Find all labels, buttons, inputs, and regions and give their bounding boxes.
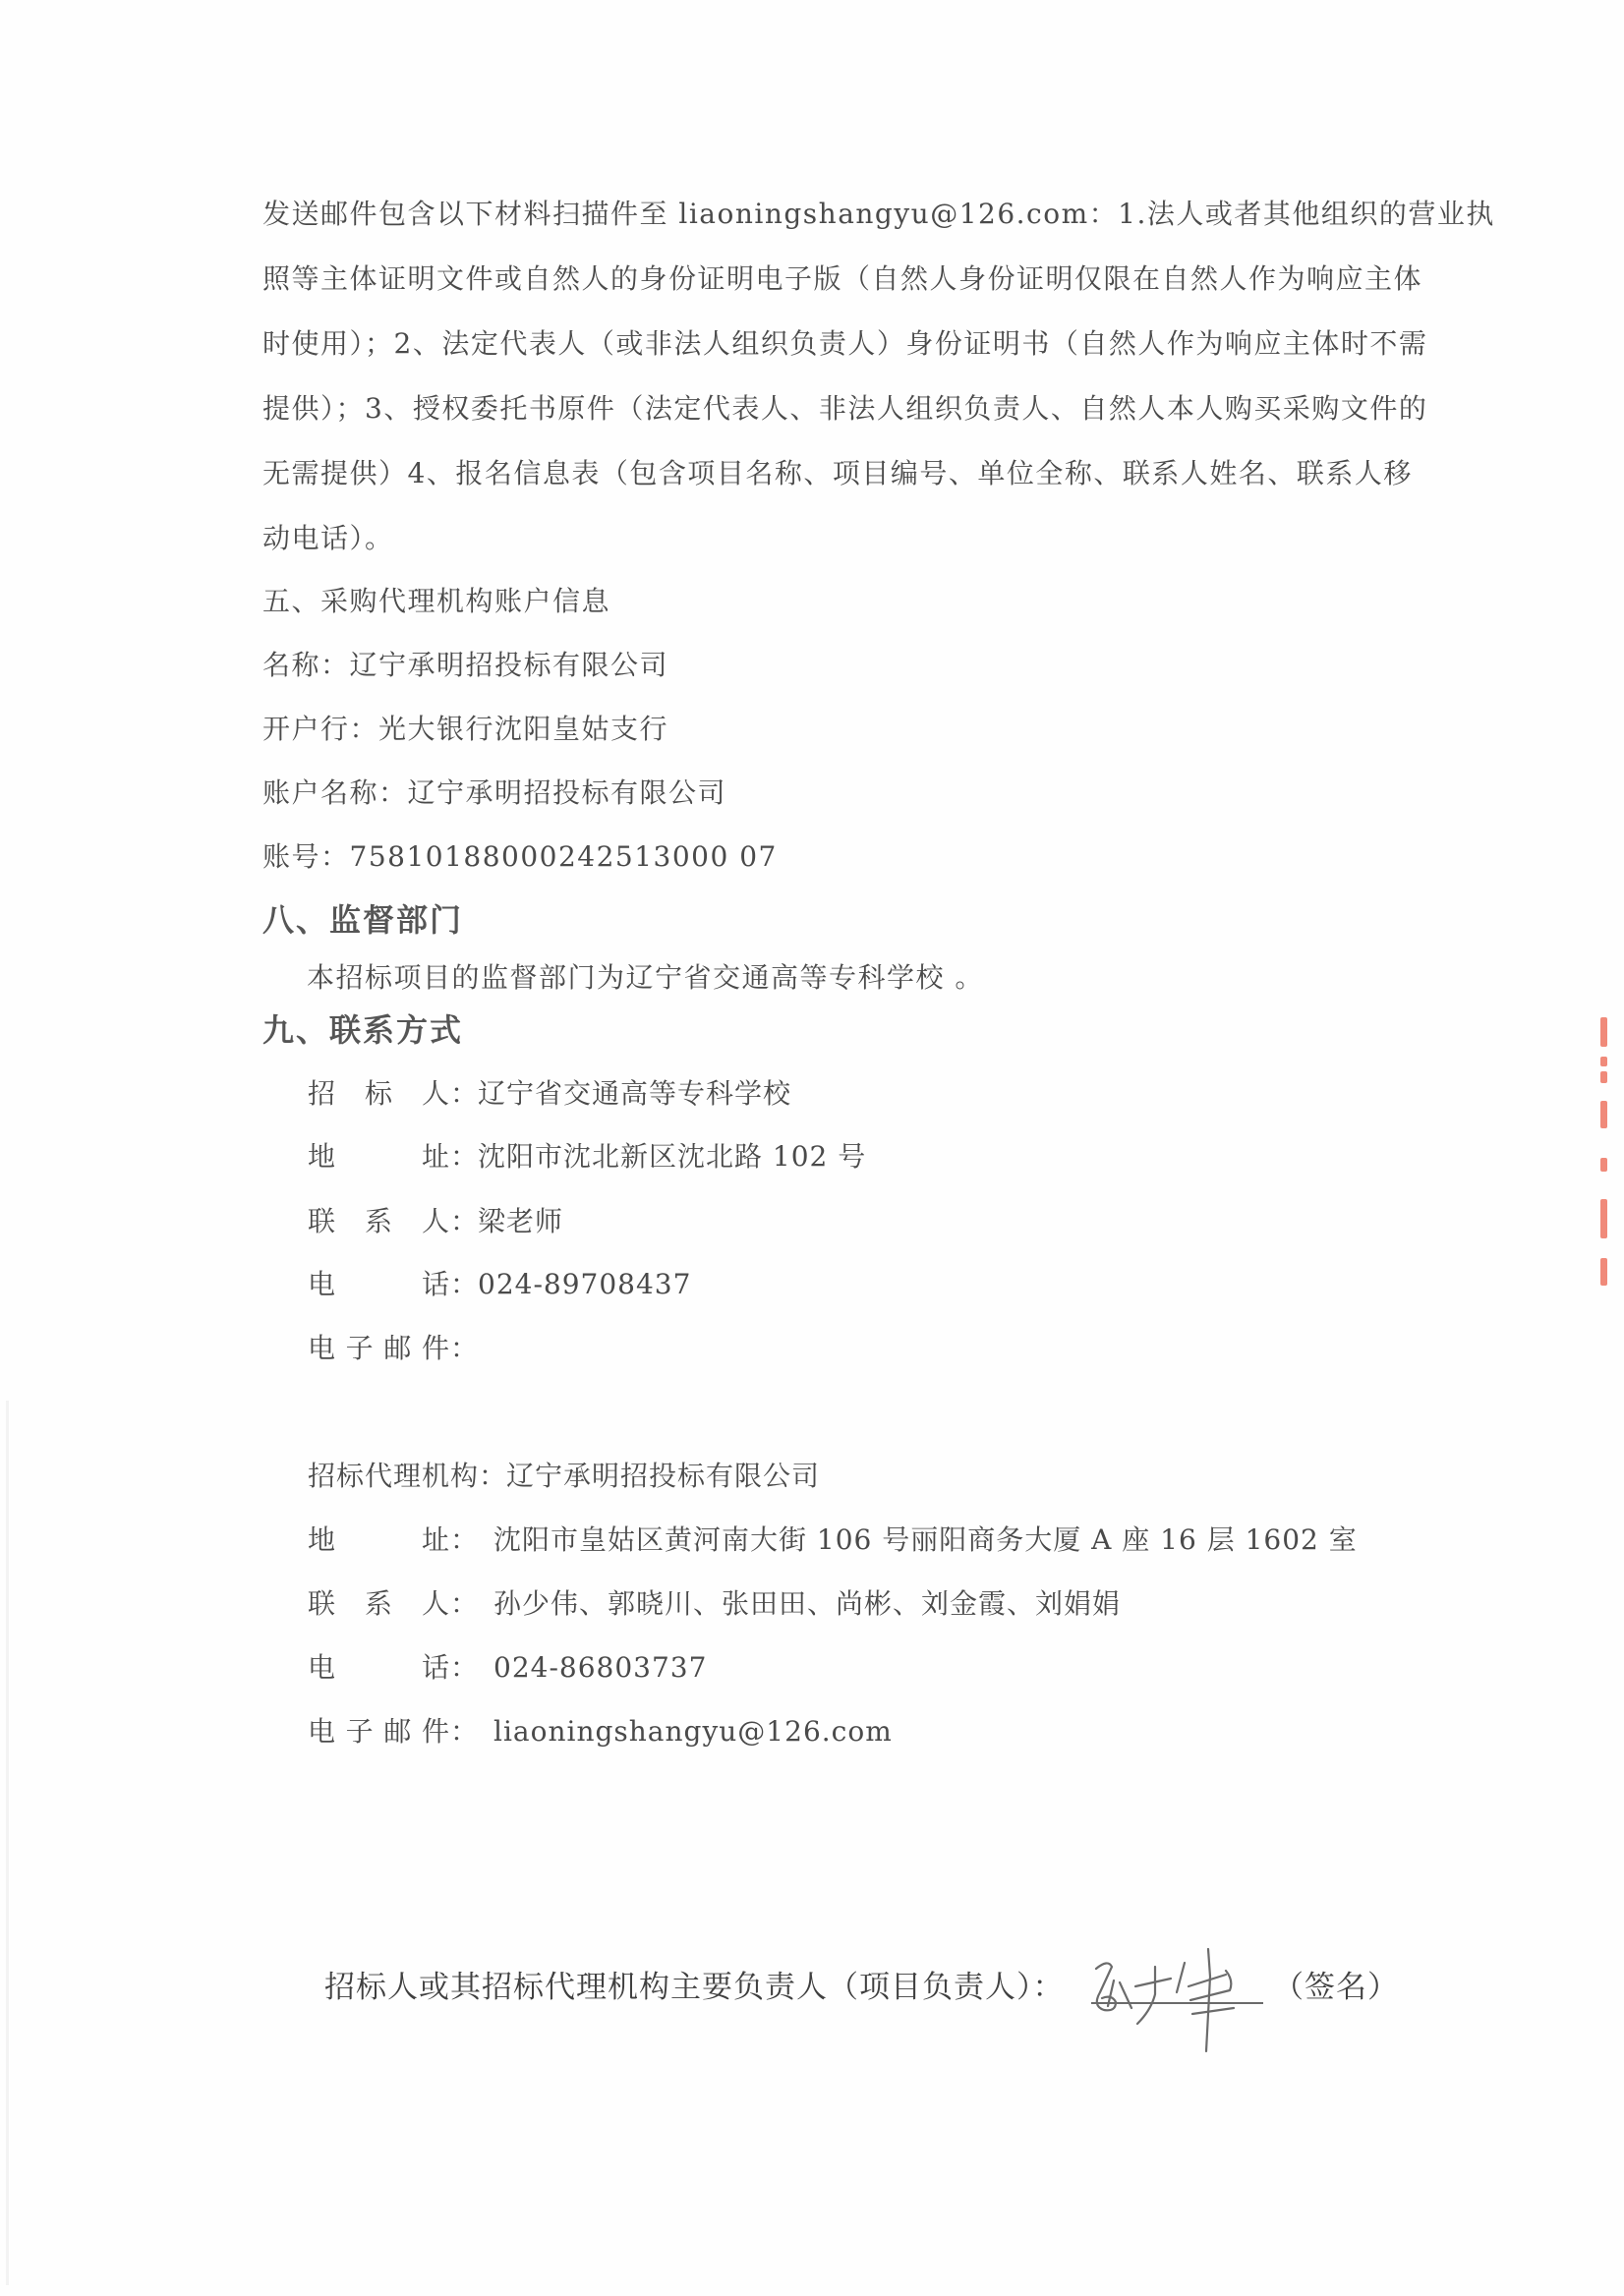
colon: ： — [450, 1141, 478, 1173]
tenderer-label: 招 标 人 — [308, 1078, 450, 1110]
account-number-label: 账号： — [262, 840, 350, 873]
tenderer-row-phone: 电 话：024-89708437 — [308, 1269, 691, 1300]
agency-phone-label: 电 话 — [308, 1652, 450, 1684]
tenderer-row-email: 电子邮件： — [308, 1333, 478, 1364]
colon: ： — [450, 1269, 478, 1300]
agency-row-contacts: 联 系 人：孙少伟、郭晓川、张田田、尚彬、刘金霞、刘娟娟 — [308, 1588, 1121, 1620]
tenderer-row-contact: 联 系 人：梁老师 — [308, 1206, 563, 1237]
colon: ： — [450, 1652, 493, 1684]
colon: ： — [450, 1333, 478, 1364]
agency-contacts-label: 联 系 人 — [308, 1588, 450, 1620]
agency-row-address: 地 址：沈阳市皇姑区黄河南大街 106 号丽阳商务大厦 A 座 16 层 160… — [308, 1524, 1358, 1556]
address-label: 地 址 — [308, 1141, 450, 1173]
account-number-value: 75810188000242513000 07 — [350, 840, 778, 873]
address-value: 沈阳市沈北新区沈北路 102 号 — [478, 1141, 866, 1173]
paragraph-line-2: 照等主体证明文件或自然人的身份证明电子版（自然人身份证明仅限在自然人作为响应主体 — [262, 263, 1388, 295]
contact-value: 梁老师 — [478, 1206, 563, 1237]
section-8-heading: 八、监督部门 — [262, 902, 463, 938]
contact-label: 联 系 人 — [308, 1206, 450, 1237]
agency-row-name: 招标代理机构：辽宁承明招投标有限公司 — [308, 1461, 820, 1492]
paragraph-line-1: 发送邮件包含以下材料扫描件至 liaoningshangyu@126.com：1… — [262, 199, 1388, 230]
paragraph-line-5: 无需提供）4、报名信息表（包含项目名称、项目编号、单位全称、联系人姓名、联系人移 — [262, 458, 1388, 489]
account-name-row: 名称：辽宁承明招投标有限公司 — [262, 650, 668, 681]
scan-edge-shadow — [6, 1401, 9, 2285]
paragraph-line-4: 提供）；3、授权委托书原件（法定代表人、非法人组织负责人、自然人本人购买采购文件… — [262, 393, 1388, 425]
section-9-heading: 九、联系方式 — [262, 1012, 463, 1048]
agency-email-label: 电子邮件 — [308, 1716, 450, 1748]
agency-row-phone: 电 话：024-86803737 — [308, 1652, 707, 1684]
signature-label: 招标人或其招标代理机构主要负责人（项目负责人）： — [324, 1970, 1065, 2005]
agency-phone-value: 024-86803737 — [493, 1652, 707, 1684]
colon: ： — [450, 1588, 493, 1620]
bank-value: 光大银行沈阳皇姑支行 — [378, 713, 668, 745]
tenderer-row-address: 地 址：沈阳市沈北新区沈北路 102 号 — [308, 1141, 866, 1173]
section-8-body: 本招标项目的监督部门为辽宁省交通高等专科学校 。 — [307, 962, 984, 994]
paragraph-line-3: 时使用）；2、法定代表人（或非法人组织负责人）身份证明书（自然人作为响应主体时不… — [262, 328, 1388, 360]
bank-label: 开户行： — [262, 713, 378, 745]
phone-value: 024-89708437 — [478, 1269, 691, 1300]
account-holder-value: 辽宁承明招投标有限公司 — [408, 776, 727, 809]
agency-address-value: 沈阳市皇姑区黄河南大街 106 号丽阳商务大厦 A 座 16 层 1602 室 — [493, 1524, 1358, 1556]
account-holder-label: 账户名称： — [262, 776, 408, 809]
bank-row: 开户行：光大银行沈阳皇姑支行 — [262, 714, 668, 745]
colon: ： — [450, 1206, 478, 1237]
account-holder-row: 账户名称：辽宁承明招投标有限公司 — [262, 777, 726, 809]
colon: ： — [450, 1078, 478, 1110]
account-number-row: 账号：75810188000242513000 07 — [262, 841, 778, 873]
company-name-label: 名称： — [262, 649, 350, 681]
agency-value: 辽宁承明招投标有限公司 — [506, 1461, 820, 1492]
paragraph-line-6: 动电话）。 — [262, 523, 394, 554]
handwritten-signature — [1086, 1941, 1273, 2059]
colon: ： — [479, 1461, 506, 1492]
agency-email-value: liaoningshangyu@126.com — [493, 1716, 893, 1748]
red-seal-fragment — [1600, 1003, 1612, 1268]
agency-label: 招标代理机构 — [308, 1461, 479, 1492]
tenderer-value: 辽宁省交通高等专科学校 — [478, 1078, 791, 1110]
tenderer-row-name: 招 标 人：辽宁省交通高等专科学校 — [308, 1078, 791, 1110]
section-5-title: 五、采购代理机构账户信息 — [262, 586, 610, 617]
agency-row-email: 电子邮件：liaoningshangyu@126.com — [308, 1716, 893, 1748]
colon: ： — [450, 1524, 493, 1556]
colon: ： — [450, 1716, 493, 1748]
email-label: 电子邮件 — [308, 1333, 450, 1364]
agency-contacts-value: 孙少伟、郭晓川、张田田、尚彬、刘金霞、刘娟娟 — [493, 1588, 1121, 1620]
signature-suffix: （签名） — [1273, 1970, 1399, 2005]
company-name-value: 辽宁承明招投标有限公司 — [350, 649, 669, 681]
agency-address-label: 地 址 — [308, 1524, 450, 1556]
phone-label: 电 话 — [308, 1269, 450, 1300]
document-page: 发送邮件包含以下材料扫描件至 liaoningshangyu@126.com：1… — [0, 0, 1624, 2296]
